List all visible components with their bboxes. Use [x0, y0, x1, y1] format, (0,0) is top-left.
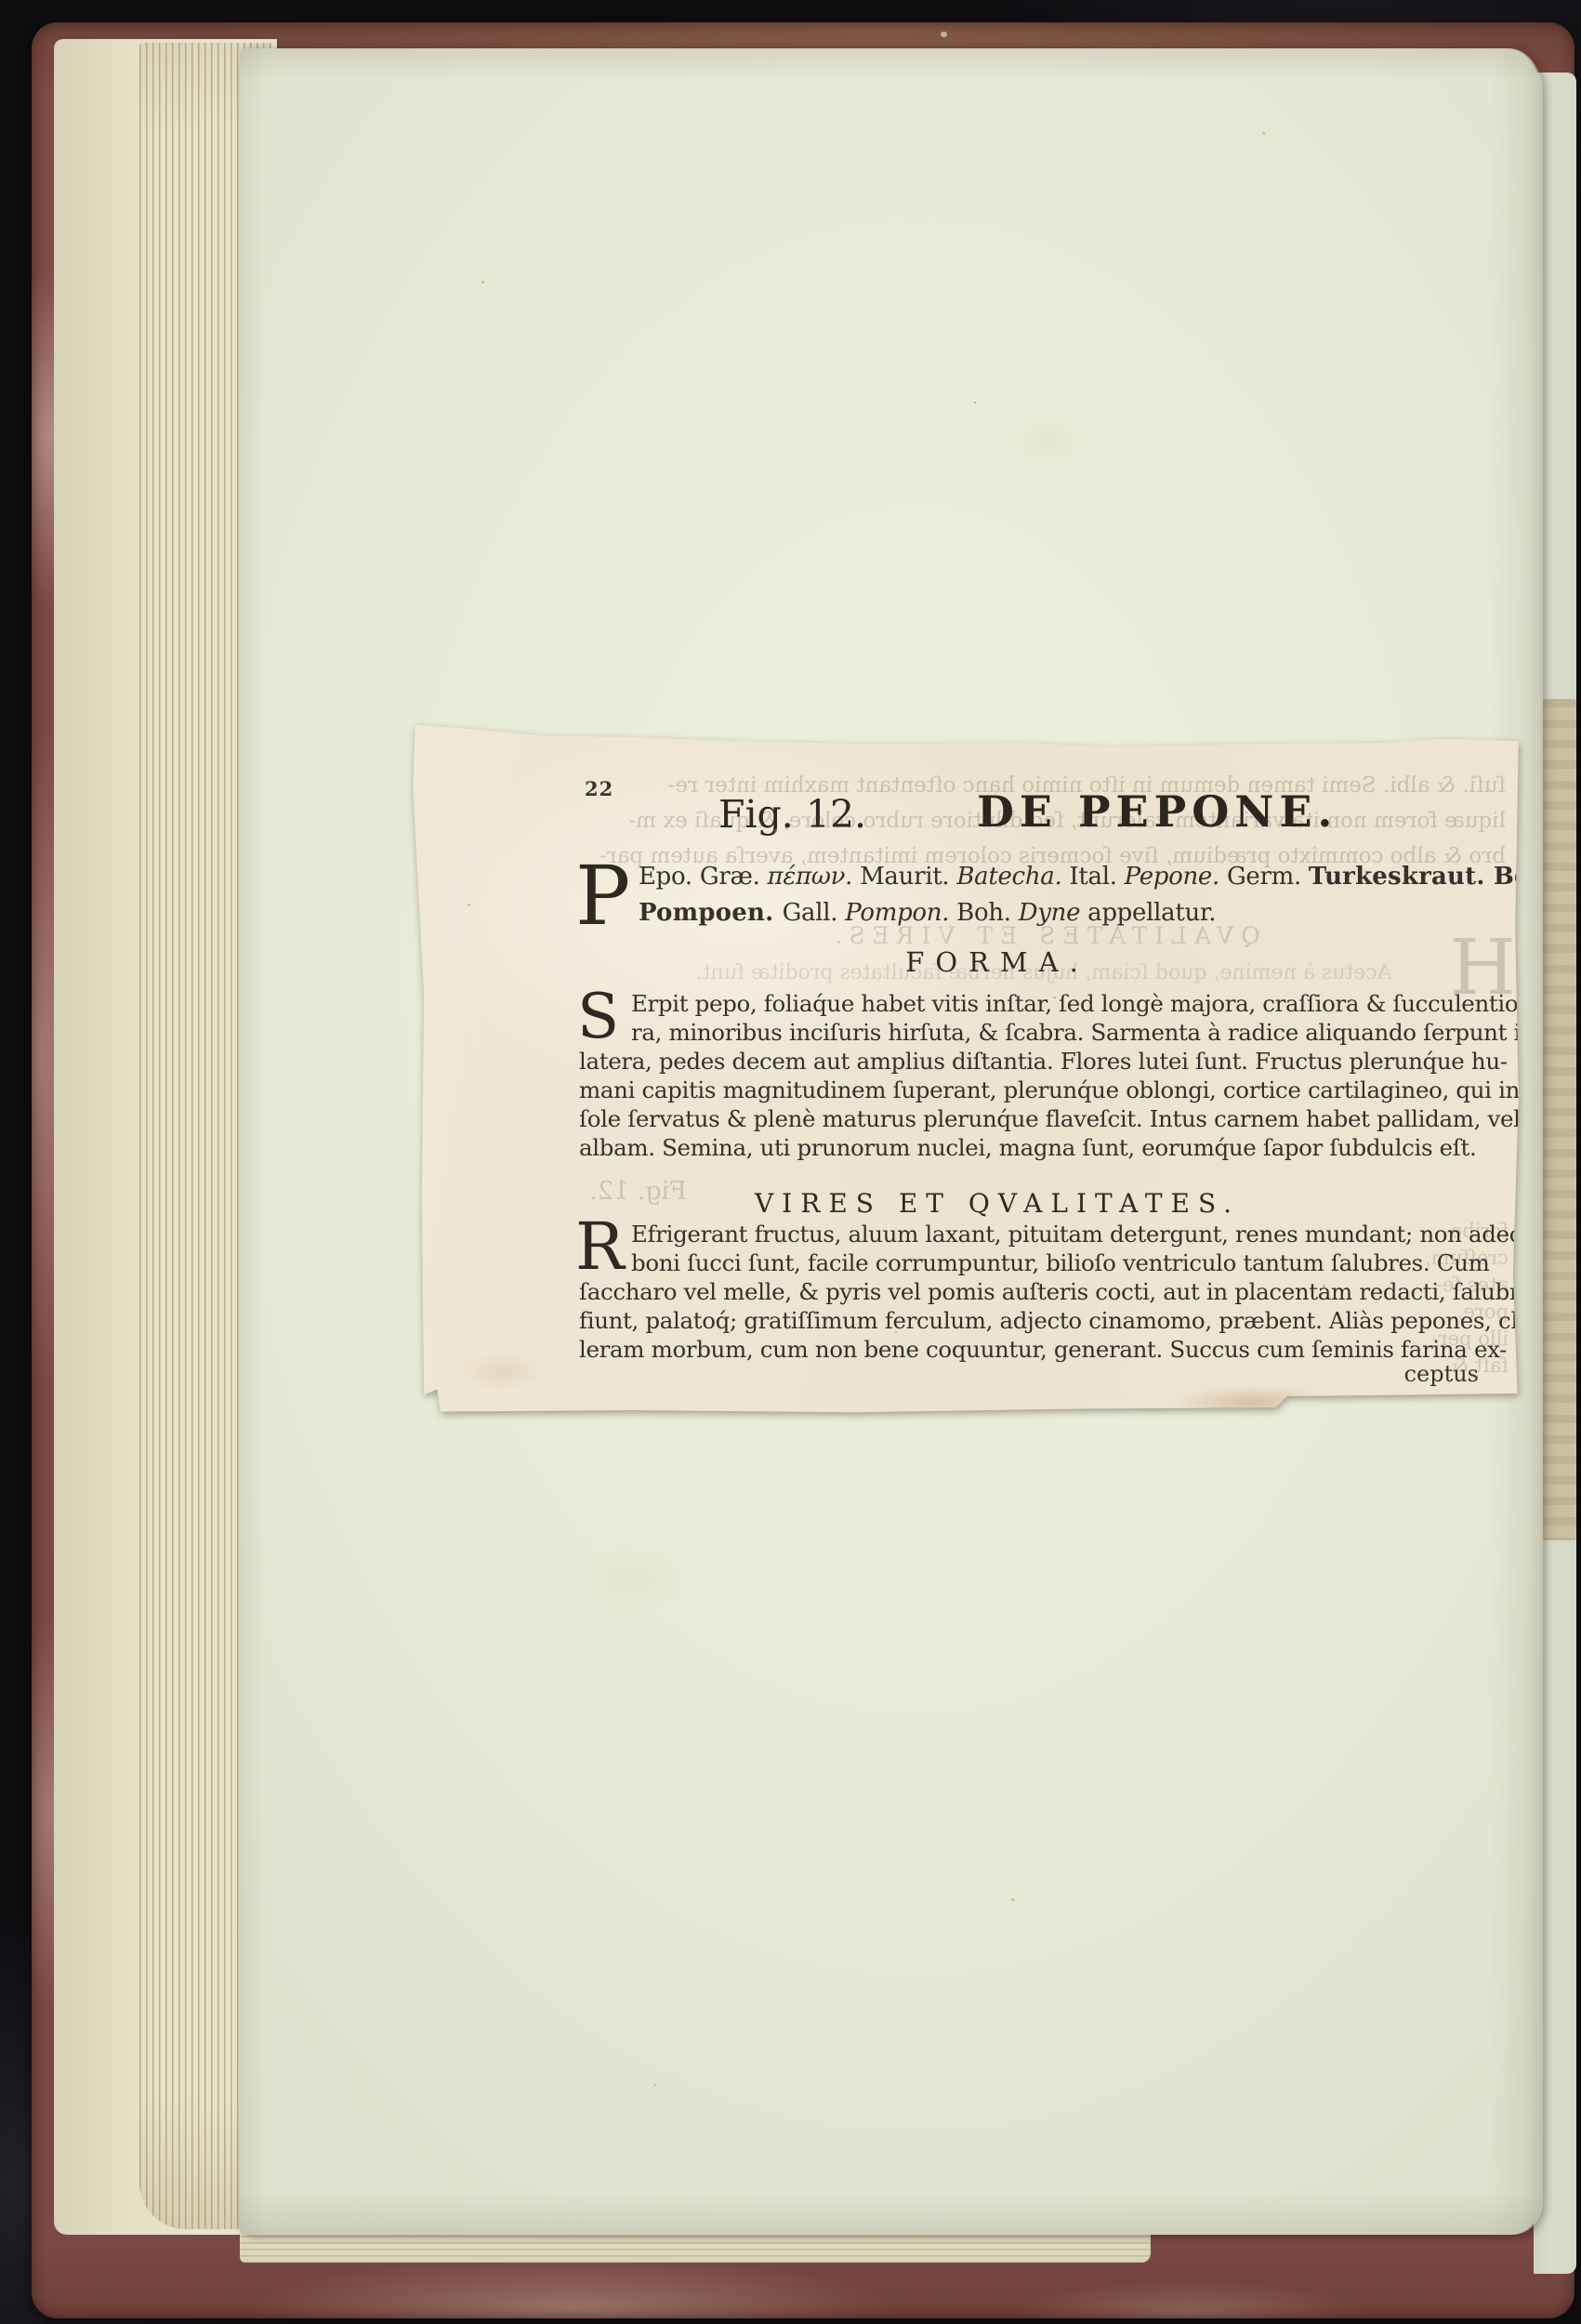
cover-speck — [941, 32, 947, 37]
page-number: 22 — [585, 777, 613, 800]
names-line-2: Pompoen. Gall. Pompon. Boh. Dyne appella… — [579, 895, 1509, 931]
drop-cap-s: S — [577, 989, 619, 1045]
name-segment: Gall. — [783, 899, 846, 927]
name-segment: Græ. — [700, 863, 768, 891]
paper-speck — [1011, 1898, 1014, 1901]
name-segment-italic: Pepone. — [1125, 863, 1227, 891]
vires-line: fiunt, palatoq́; gratiſſimum ferculum, a… — [579, 1306, 1509, 1335]
pasted-clipping-wrapper: ſuſi. & albi. Semi tamen demum in iſto n… — [412, 718, 1520, 1413]
name-segment: appellatur. — [1087, 899, 1216, 927]
name-segment: Maurit. — [860, 863, 956, 891]
figure-label: Fig. 12. — [718, 792, 866, 837]
names-line-1: Epo. Græ. πέπων. Maurit. Batecha. Ital. … — [579, 859, 1509, 895]
paper-speck — [468, 904, 470, 906]
paper-speck — [598, 1117, 599, 1119]
forma-line: latera, pedes decem aut amplius diſtanti… — [579, 1047, 1509, 1076]
paper-speck — [653, 2084, 656, 2086]
vires-line: Efrigerant fructus, aluum laxant, pituit… — [579, 1220, 1509, 1248]
name-segment: Ital. — [1069, 863, 1124, 891]
section-heading-forma: FORMA. — [579, 946, 1504, 978]
forma-line: ſole ſervatus & plenè maturus plerunq́ue… — [579, 1104, 1509, 1133]
vires-line: ſaccharo vel melle, & pyris vel pomis au… — [579, 1277, 1509, 1306]
catchword: ceptus — [1404, 1361, 1479, 1387]
vires-line: boni ſucci ſunt, facile corrumpuntur, bi… — [579, 1248, 1509, 1277]
name-segment-greek: πέπων. — [768, 863, 861, 891]
section-heading-vires: VIRES ET QVALITATES. — [579, 1188, 1504, 1219]
forma-paragraph: S Erpit pepo, foliaq́ue habet vitis inſt… — [579, 989, 1509, 1162]
paper-speck — [1323, 1285, 1325, 1287]
adjacent-page-pasted-fragment — [1543, 699, 1576, 1540]
forma-line: ra, minoribus inciſuris hirſuta, & ſcabr… — [579, 1018, 1509, 1047]
name-segment: Germ. — [1227, 863, 1309, 891]
name-segment: Boh. — [956, 899, 1019, 927]
name-segment-blackletter: Turkeskraut. — [1309, 863, 1494, 891]
paper-speck — [774, 829, 777, 832]
chapter-title: DE PEPONE. — [977, 786, 1337, 837]
forma-line: Erpit pepo, foliaq́ue habet vitis inſtar… — [579, 989, 1509, 1018]
name-segment-italic: Dyne — [1019, 899, 1087, 927]
paper-speck — [974, 402, 976, 403]
photograph-of-open-book: ſuſi. & albi. Semi tamen demum in iſto n… — [0, 0, 1581, 2324]
name-segment-italic: Pompon. — [845, 899, 956, 927]
name-segment: Epo. — [639, 863, 700, 891]
drop-cap-r: R — [575, 1218, 625, 1275]
name-segment-italic: Batecha. — [956, 863, 1069, 891]
paper-speck — [481, 281, 484, 284]
paper-speck — [1262, 132, 1265, 135]
vires-paragraph: R Efrigerant fructus, aluum laxant, pitu… — [579, 1220, 1509, 1364]
vires-line: leram morbum, cum non bene coquuntur, ge… — [579, 1335, 1509, 1364]
name-segment-blackletter: Pompoen. — [639, 899, 783, 927]
pasted-clipping: ſuſi. & albi. Semi tamen demum in iſto n… — [412, 718, 1520, 1413]
paper-speck — [895, 1331, 897, 1333]
forma-line: mani capitis magnitudinem ſuperant, pler… — [579, 1076, 1509, 1104]
forma-line: albam. Semina, uti prunorum nuclei, magn… — [579, 1133, 1509, 1162]
paper-speck — [1053, 997, 1056, 998]
vernacular-names-paragraph: P Epo. Græ. πέπων. Maurit. Batecha. Ital… — [579, 859, 1509, 931]
